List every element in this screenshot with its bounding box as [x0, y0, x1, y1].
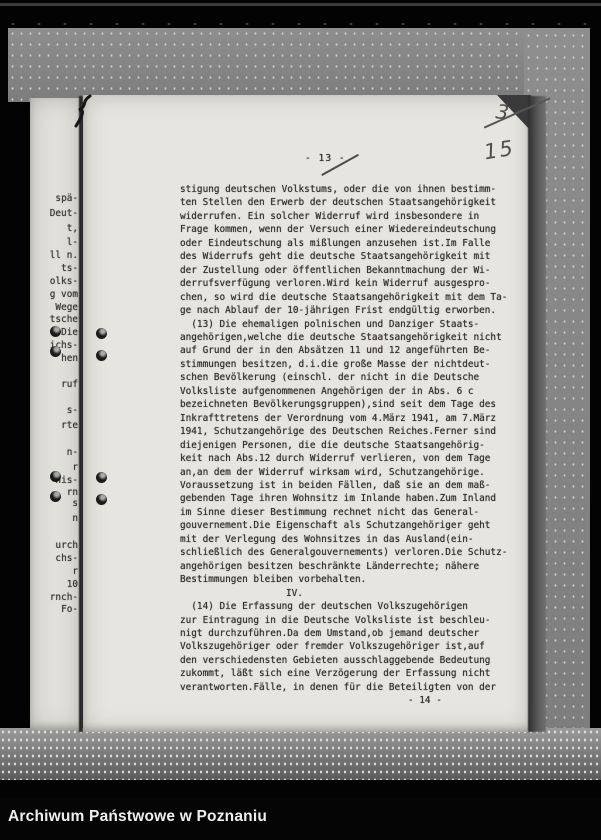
- text-fragment: s-: [67, 405, 78, 416]
- punch-hole: [50, 326, 61, 337]
- typed-line: 1941, Schutzangehörige des Deutschen Rei…: [180, 425, 520, 438]
- typed-line: gouvernement.Die Eigenschaft als Schutza…: [180, 519, 520, 532]
- text-fragment: Wege: [55, 302, 78, 313]
- typed-line: den verschiedensten Gebieten ausschlagge…: [180, 654, 520, 667]
- text-fragment: t,: [67, 223, 78, 234]
- text-fragment: ll n.: [50, 250, 78, 261]
- typed-line: keit nach Abs.12 durch Widerruf verliere…: [180, 452, 520, 465]
- page-gutter-shadow: [79, 96, 83, 732]
- page-edge-shadow: [528, 96, 546, 732]
- punch-hole: [96, 328, 107, 339]
- scanner-mat-bottom: [0, 728, 601, 780]
- text-fragment: r: [72, 566, 78, 577]
- typed-line: stimmungen besitzen, d.i.die große Masse…: [180, 358, 520, 371]
- punch-hole: [96, 472, 107, 483]
- typed-line: zur Eintragung in die Deutsche Volkslist…: [180, 614, 520, 627]
- typed-line: bezeichneten Bevölkerungsgruppen),sind s…: [180, 398, 520, 411]
- punch-hole: [50, 471, 61, 482]
- text-fragment: ruf: [61, 379, 78, 390]
- corner-fold-mark: [72, 94, 96, 128]
- text-fragment: urch: [55, 540, 78, 551]
- text-fragment: Deut-: [50, 208, 78, 219]
- punch-hole: [50, 346, 61, 357]
- handwritten-page-number: 15: [482, 136, 516, 165]
- text-fragment: 10: [67, 579, 78, 590]
- text-fragment: Fo-: [61, 604, 78, 615]
- typed-line: (13) Die ehemaligen polnischen und Danzi…: [180, 318, 520, 331]
- typed-line: schen Bevölkerung (einschl. der nicht in…: [180, 371, 520, 384]
- text-fragment: rnch-: [50, 592, 78, 603]
- film-dust-speckles: [0, 20, 601, 28]
- archive-caption-bar: Archiwum Państwowe w Poznaniu: [0, 798, 601, 840]
- text-fragment: olks-: [50, 276, 78, 287]
- typed-line: chen, so wird die deutsche Staatsangehör…: [180, 291, 520, 304]
- typed-line: mit der Verlegung des Wohnsitzes in das …: [180, 533, 520, 546]
- text-fragment: n: [72, 513, 78, 524]
- text-fragment: s: [72, 498, 78, 509]
- typed-line: Frage kommen, wenn der Versuch einer Wie…: [180, 223, 520, 236]
- text-fragment: spä-: [55, 193, 78, 204]
- typed-line: angehörigen,welche die deutsche Staatsan…: [180, 331, 520, 344]
- typed-line: schließlich des Generalgouvernements) ve…: [180, 546, 520, 559]
- film-scratch-line: [0, 3, 601, 6]
- page-footer-number: - 14 -: [180, 694, 520, 707]
- punch-hole: [96, 350, 107, 361]
- section-heading: IV.: [180, 587, 520, 600]
- text-fragment: rn: [67, 487, 78, 498]
- paragraph-13: (13) Die ehemaligen polnischen und Danzi…: [180, 318, 520, 587]
- punch-hole: [96, 494, 107, 505]
- typed-line: Inkrafttretens der Verordnung vom 4.März…: [180, 412, 520, 425]
- typed-line: im Sinne dieser Bestimmung rechnet nicht…: [180, 506, 520, 519]
- typed-line: angehörigen besitzen beschränkte Länderr…: [180, 560, 520, 573]
- typed-line: derrufsverfügung verloren.Wird kein Wide…: [180, 277, 520, 290]
- typed-line: widerrufen. Ein solcher Widerruf wird in…: [180, 210, 520, 223]
- previous-page-text-fragments: spä-Deut-t,l-ll n.ts-olks-g vomWegetsche…: [30, 98, 81, 730]
- typed-line: Bestimmungen bleiben vorbehalten.: [180, 573, 520, 586]
- text-fragment: hen: [61, 353, 78, 364]
- typed-line: diejenigen Personen, die die deutsche St…: [180, 439, 520, 452]
- typed-line: oder Eindeutschung als mißlungen anzuseh…: [180, 237, 520, 250]
- typed-line: (14) Die Erfassung der deutschen Volkszu…: [180, 600, 520, 613]
- typed-line: zukommt, läßt sich eine Verzögerung der …: [180, 667, 520, 680]
- typed-line: stigung deutschen Volkstums, oder die vo…: [180, 183, 520, 196]
- typed-line: Volkszugehöriger oder fremder Volkszugeh…: [180, 640, 520, 653]
- text-fragment: ts-: [61, 263, 78, 274]
- typed-line: des Widerrufs geht die deutsche Staatsan…: [180, 250, 520, 263]
- text-fragment: chs-: [55, 553, 78, 564]
- text-fragment: l-: [67, 237, 78, 248]
- scanned-page-previous-edge: spä-Deut-t,l-ll n.ts-olks-g vomWegetsche…: [30, 98, 81, 730]
- paragraph-12-continuation: stigung deutschen Volkstums, oder die vo…: [180, 183, 520, 318]
- paragraph-14: (14) Die Erfassung der deutschen Volkszu…: [180, 600, 520, 694]
- typed-text-column: stigung deutschen Volkstums, oder die vo…: [180, 183, 520, 708]
- typed-line: nigt durchzuführen.Da dem Umstand,ob jem…: [180, 627, 520, 640]
- typed-line: gebenden Tage ihren Wohnsitz im Inlande …: [180, 492, 520, 505]
- typed-line: der Zustellung oder öffentlichen Bekannt…: [180, 264, 520, 277]
- text-fragment: tsche: [50, 314, 78, 325]
- scanner-mat-top: [8, 28, 590, 102]
- typed-line: Volksliste aufgenommenen Angehörigen der…: [180, 385, 520, 398]
- typed-line: ge nach Ablauf der 10-jährigen Frist end…: [180, 304, 520, 317]
- text-fragment: g vom: [50, 289, 78, 300]
- text-fragment: rte: [61, 420, 78, 431]
- typed-line: an,an dem der Widerruf wirksam wird, Sch…: [180, 466, 520, 479]
- text-fragment: r: [72, 462, 78, 473]
- microfilm-frame: spä-Deut-t,l-ll n.ts-olks-g vomWegetsche…: [0, 0, 601, 840]
- typed-line: ten Stellen den Erwerb der deutschen Sta…: [180, 196, 520, 209]
- text-fragment: n-: [67, 447, 78, 458]
- typed-line: auf Grund der in den Absätzen 11 und 12 …: [180, 344, 520, 357]
- scanned-page-main: - 13 - stigung deutschen Volkstums, oder…: [83, 95, 530, 732]
- typed-line: verantworten.Fälle, in denen für die Bet…: [180, 681, 520, 694]
- page-header-number: - 13 -: [305, 153, 346, 164]
- archive-caption-text: Archiwum Państwowe w Poznaniu: [8, 808, 267, 826]
- punch-hole: [50, 491, 61, 502]
- text-fragment: Die: [61, 327, 78, 338]
- typed-line: Voraussetzung ist in beiden Fällen, daß …: [180, 479, 520, 492]
